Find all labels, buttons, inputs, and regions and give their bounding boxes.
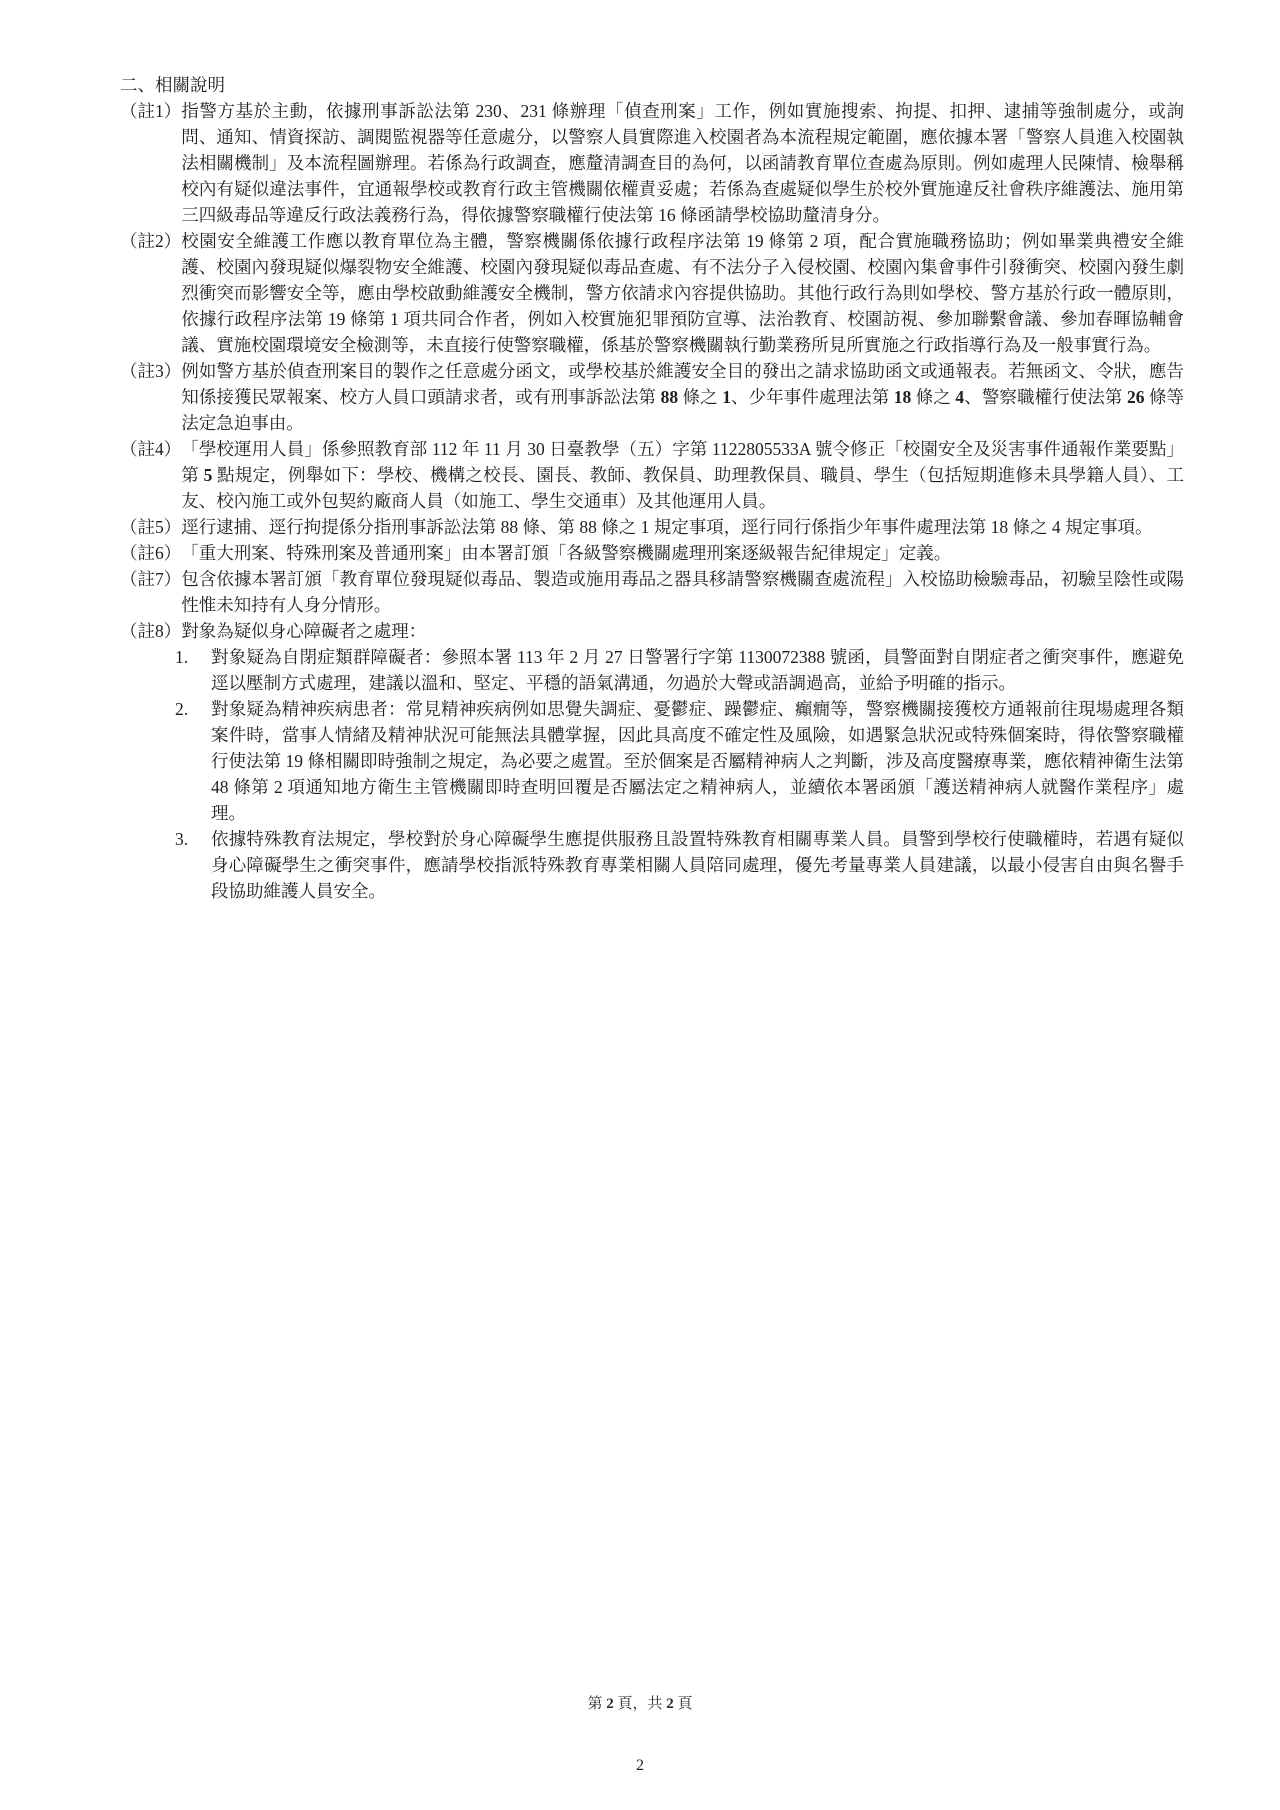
- note-label: （註3）: [120, 358, 181, 384]
- page-number: 2: [0, 1756, 1280, 1776]
- text-run: 、警察職權行使法第: [964, 387, 1127, 407]
- note-6: （註6）「重大刑案、特殊刑案及普通刑案」由本署訂頒「各級警察機關處理刑案逐級報告…: [120, 540, 1184, 566]
- text-run: 頁: [674, 1696, 693, 1712]
- note-text: 逕行逮捕、逕行拘提係分指刑事訴訟法第 88 條、第 88 條之 1 規定事項，逕…: [181, 514, 1184, 540]
- bold-number: 2: [606, 1696, 614, 1712]
- text-run: 對象為疑似身心障礙者之處理：: [181, 621, 426, 641]
- note-text: 對象為疑似身心障礙者之處理：: [181, 618, 1184, 644]
- note-8-item-1: 1.對象疑為自閉症類群障礙者：參照本署 113 年 2 月 27 日警署行字第 …: [175, 644, 1184, 696]
- note-label: （註2）: [120, 228, 181, 254]
- text-run: 對象疑為精神疾病患者：常見精神疾病例如思覺失調症、憂鬱症、躁鬱症、癲癇等，警察機…: [211, 699, 1184, 823]
- note-text: 「學校運用人員」係參照教育部 112 年 11 月 30 日臺教學（五）字第 1…: [181, 436, 1184, 514]
- item-number: 2.: [175, 696, 211, 722]
- item-text: 對象疑為精神疾病患者：常見精神疾病例如思覺失調症、憂鬱症、躁鬱症、癲癇等，警察機…: [211, 696, 1184, 826]
- bold-number: 88: [661, 387, 679, 407]
- text-run: 依據特殊教育法規定，學校對於身心障礙學生應提供服務且設置特殊教育相關專業人員。員…: [211, 829, 1184, 901]
- note-label: （註5）: [120, 514, 181, 540]
- note-label: （註6）: [120, 540, 181, 566]
- note-label: （註8）: [120, 618, 181, 644]
- text-run: 第: [587, 1696, 606, 1712]
- item-text: 對象疑為自閉症類群障礙者：參照本署 113 年 2 月 27 日警署行字第 11…: [211, 644, 1184, 696]
- note-8-item-3: 3.依據特殊教育法規定，學校對於身心障礙學生應提供服務且設置特殊教育相關專業人員…: [175, 826, 1184, 904]
- text-run: 「重大刑案、特殊刑案及普通刑案」由本署訂頒「各級警察機關處理刑案逐級報告紀律規定…: [181, 543, 951, 563]
- note-5: （註5）逕行逮捕、逕行拘提係分指刑事訴訟法第 88 條、第 88 條之 1 規定…: [120, 514, 1184, 540]
- text-run: 對象疑為自閉症類群障礙者：參照本署 113 年 2 月 27 日警署行字第 11…: [211, 647, 1184, 693]
- note-text: 例如警方基於偵查刑案目的製作之任意處分函文，或學校基於維護安全目的發出之請求協助…: [181, 358, 1184, 436]
- note-4: （註4）「學校運用人員」係參照教育部 112 年 11 月 30 日臺教學（五）…: [120, 436, 1184, 514]
- note-7: （註7）包含依據本署訂頒「教育單位發現疑似毒品、製造或施用毒品之器具移請警察機關…: [120, 566, 1184, 618]
- page-info: 第 2 頁，共 2 頁: [0, 1694, 1280, 1714]
- note-text: 「重大刑案、特殊刑案及普通刑案」由本署訂頒「各級警察機關處理刑案逐級報告紀律規定…: [181, 540, 1184, 566]
- item-number: 1.: [175, 644, 211, 670]
- note-text: 包含依據本署訂頒「教育單位發現疑似毒品、製造或施用毒品之器具移請警察機關查處流程…: [181, 566, 1184, 618]
- text-run: 校園安全維護工作應以教育單位為主體，警察機關係依據行政程序法第 19 條第 2 …: [181, 231, 1184, 355]
- text-run: 條之: [678, 387, 722, 407]
- bold-number: 26: [1127, 387, 1145, 407]
- text-run: 指警方基於主動，依據刑事訴訟法第 230、231 條辦理「偵查刑案」工作，例如實…: [181, 101, 1184, 225]
- bold-number: 2: [666, 1696, 674, 1712]
- item-number: 3.: [175, 826, 211, 852]
- note-1: （註1）指警方基於主動，依據刑事訴訟法第 230、231 條辦理「偵查刑案」工作…: [120, 98, 1184, 228]
- note-label: （註1）: [120, 98, 181, 124]
- note-label: （註4）: [120, 436, 181, 462]
- text-run: 條之: [911, 387, 955, 407]
- bold-number: 18: [894, 387, 912, 407]
- document-content: 二、相關說明 （註1）指警方基於主動，依據刑事訴訟法第 230、231 條辦理「…: [120, 72, 1184, 904]
- bold-number: 4: [955, 387, 964, 407]
- text-run: 包含依據本署訂頒「教育單位發現疑似毒品、製造或施用毒品之器具移請警察機關查處流程…: [181, 569, 1184, 615]
- text-run: 頁，共: [614, 1696, 667, 1712]
- note-3: （註3）例如警方基於偵查刑案目的製作之任意處分函文，或學校基於維護安全目的發出之…: [120, 358, 1184, 436]
- text-run: 點規定，例舉如下：學校、機構之校長、園長、教師、教保員、助理教保員、職員、學生（…: [181, 465, 1184, 511]
- note-8: （註8）對象為疑似身心障礙者之處理：: [120, 618, 1184, 644]
- text-run: 、少年事件處理法第: [731, 387, 894, 407]
- section-heading: 二、相關說明: [120, 72, 1184, 98]
- notes-list: （註1）指警方基於主動，依據刑事訴訟法第 230、231 條辦理「偵查刑案」工作…: [120, 98, 1184, 904]
- note-label: （註7）: [120, 566, 181, 592]
- text-run: 逕行逮捕、逕行拘提係分指刑事訴訟法第 88 條、第 88 條之 1 規定事項，逕…: [181, 517, 1152, 537]
- bold-number: 1: [722, 387, 731, 407]
- note-8-item-2: 2.對象疑為精神疾病患者：常見精神疾病例如思覺失調症、憂鬱症、躁鬱症、癲癇等，警…: [175, 696, 1184, 826]
- note-text: 指警方基於主動，依據刑事訴訟法第 230、231 條辦理「偵查刑案」工作，例如實…: [181, 98, 1184, 228]
- item-text: 依據特殊教育法規定，學校對於身心障礙學生應提供服務且設置特殊教育相關專業人員。員…: [211, 826, 1184, 904]
- note-text: 校園安全維護工作應以教育單位為主體，警察機關係依據行政程序法第 19 條第 2 …: [181, 228, 1184, 358]
- note-2: （註2）校園安全維護工作應以教育單位為主體，警察機關係依據行政程序法第 19 條…: [120, 228, 1184, 358]
